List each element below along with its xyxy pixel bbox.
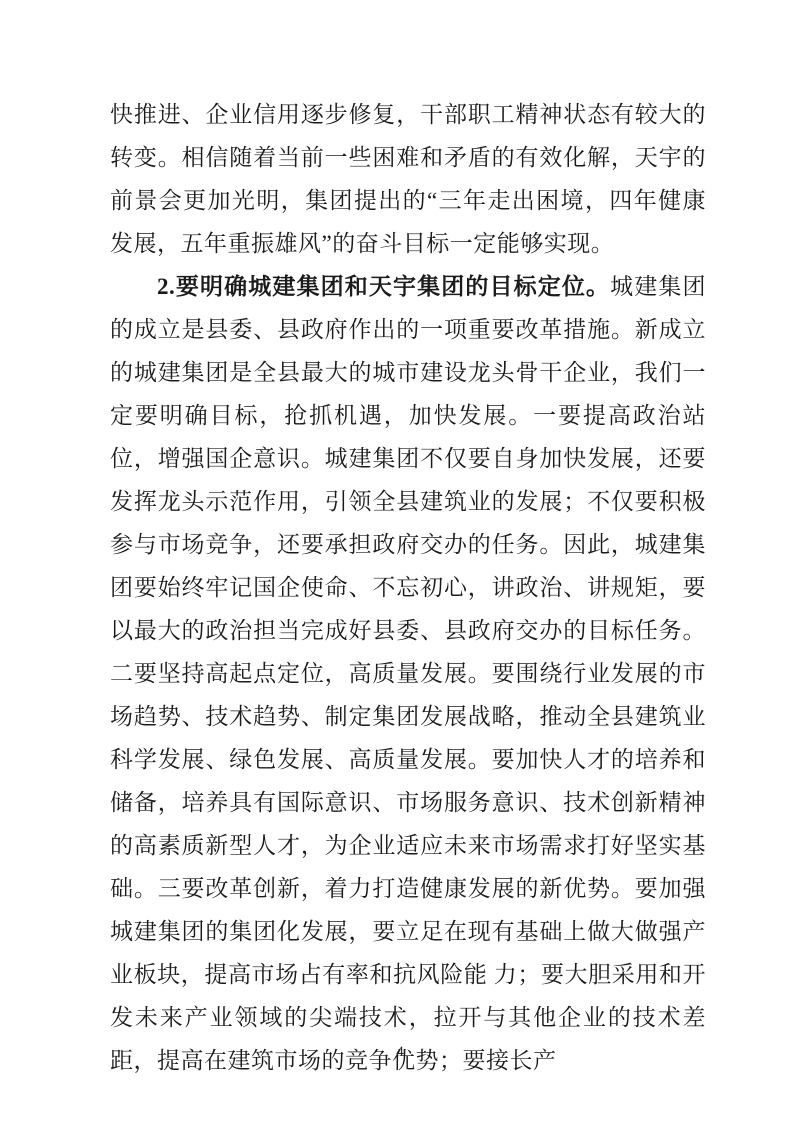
paragraph-text: 快推进、企业信用逐步修复，干部职工精神状态有较大的转变。相信随着当前一些困难和矛… <box>110 102 706 256</box>
paragraph-point-2: 2.要明确城建集团和天宇集团的目标定位。城建集团的成立是县委、县政府作出的一项重… <box>110 265 706 1082</box>
document-body: 快推进、企业信用逐步修复，干部职工精神状态有较大的转变。相信随着当前一些困难和矛… <box>110 93 706 1082</box>
document-page: 快推进、企业信用逐步修复，干部职工精神状态有较大的转变。相信随着当前一些困难和矛… <box>0 0 800 1131</box>
paragraph-continuation: 快推进、企业信用逐步修复，干部职工精神状态有较大的转变。相信随着当前一些困难和矛… <box>110 93 706 265</box>
paragraph-heading: 2.要明确城建集团和天宇集团的目标定位。 <box>157 274 610 299</box>
paragraph-text: 城建集团的成立是县委、县政府作出的一项重要改革措施。新成立的城建集团是全县最大的… <box>110 274 706 1073</box>
page-number: 4 <box>0 1042 800 1062</box>
